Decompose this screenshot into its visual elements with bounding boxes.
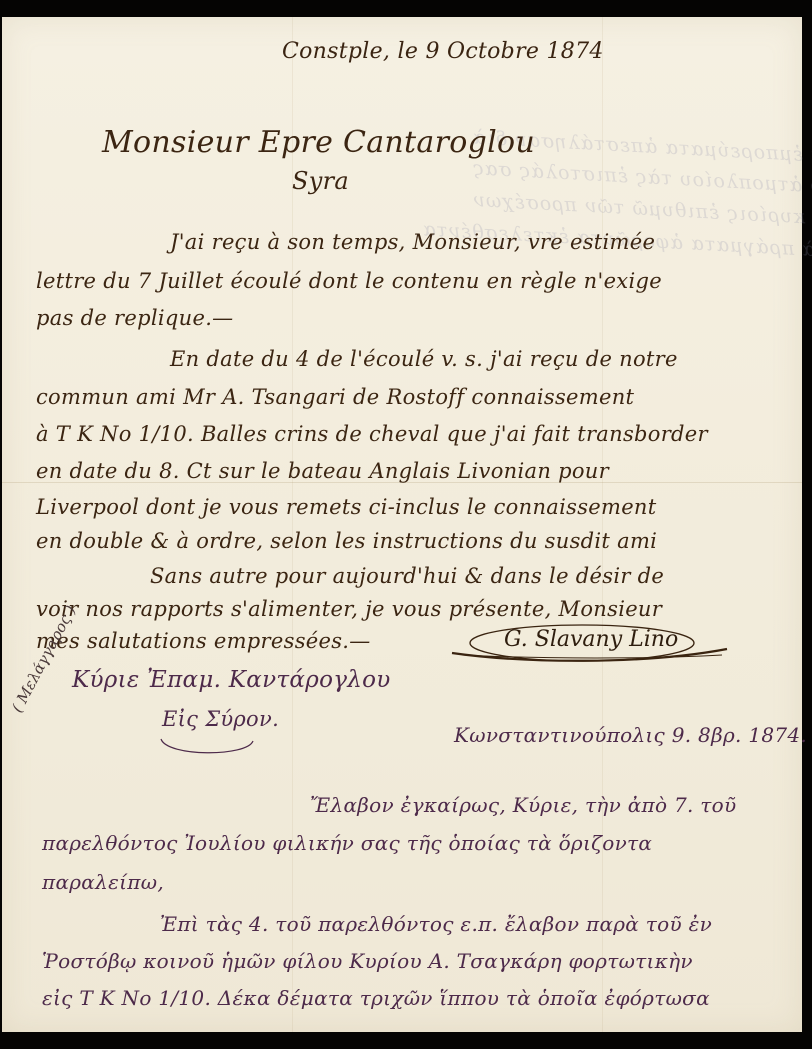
body-line: pas de replique.—	[36, 306, 233, 330]
greek-body-line: παρελθόντος Ἰουλίου φιλικήν σας τῆς ὁποί…	[42, 831, 652, 855]
body-line: En date du 4 de l'écoulé v. s. j'ai reçu…	[170, 347, 678, 371]
body-line: lettre du 7 Juillet écoulé dont le conte…	[36, 269, 662, 293]
body-line: commun ami Mr A. Tsangari de Rostoff con…	[36, 385, 634, 409]
greek-body-line: Ἐπὶ τὰς 4. τοῦ παρελθόντος ε.π. ἔλαβον π…	[160, 912, 712, 936]
body-line: Sans autre pour aujourd'hui & dans le dé…	[150, 564, 664, 588]
greek-body-line: παραλείπω,	[42, 870, 164, 894]
greek-recipient-name: Κύριε Ἐπαμ. Καντάρογλου	[72, 667, 391, 693]
underline-flourish-icon	[157, 735, 257, 759]
place-date: Constple, le 9 Octobre 1874	[282, 39, 604, 64]
signature-block: G. Slavany Lino	[442, 613, 732, 673]
body-line: Liverpool dont je vous remets ci-inclus …	[36, 495, 657, 519]
body-line: à T K No 1/10. Balles crins de cheval qu…	[36, 422, 708, 446]
signature: G. Slavany Lino	[504, 627, 678, 652]
recipient-name: Monsieur Epre Cantaroglou	[102, 125, 535, 160]
body-line: mes salutations empressées.—	[36, 629, 371, 653]
greek-body-line: Ἔλαβον ἐγκαίρως, Κύριε, τὴν ἀπὸ 7. τοῦ	[310, 793, 736, 817]
greek-place-date: Κωνσταντινούπολις 9. 8βρ. 1874.	[454, 723, 807, 747]
body-line: J'ai reçu à son temps, Monsieur, vre est…	[170, 230, 655, 254]
recipient-city: Syra	[292, 167, 349, 195]
body-line: en date du 8. Ct sur le bateau Anglais L…	[36, 459, 609, 483]
letter-paper: ὅτι τὰ ἐμπορεύματα ἀπεστάλησαν διὰ τοῦ ἀ…	[2, 17, 802, 1032]
body-line: en double & à ordre, selon les instructi…	[36, 529, 657, 553]
greek-body-line: εἰς T K No 1/10. Δέκα δέματα τριχῶν ἵππο…	[42, 986, 710, 1010]
greek-body-line: Ῥοστόβῳ κοινοῦ ἡμῶν φίλου Κυρίου Α. Τσαγ…	[42, 949, 693, 973]
greek-recipient-city: Εἰς Σύρον.	[162, 707, 279, 731]
